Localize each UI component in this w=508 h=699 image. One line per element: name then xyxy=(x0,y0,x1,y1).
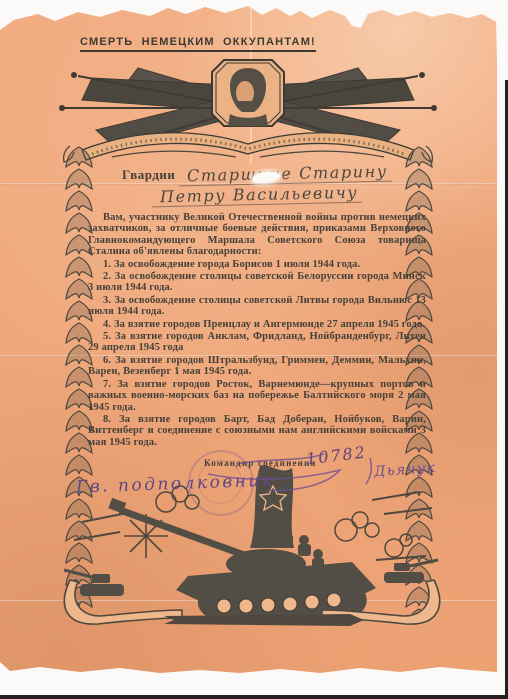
decree-item-3: 3. За освобождение столицы советской Лит… xyxy=(88,295,426,318)
salutation-line-2: Петру Васильевичу xyxy=(88,185,426,205)
decree-item-5: 5. За взятие городов Анклам, Фридланд, Н… xyxy=(88,331,426,354)
ribbon-scroll xyxy=(82,133,414,160)
scanned-certificate-page: { "page": { "slogan": "СМЕРТЬ НЕМЕЦКИМ О… xyxy=(0,0,508,699)
recipient-name-patronymic-handwritten: Петру Васильевичу xyxy=(152,183,363,208)
salutation-printed: Гвардии xyxy=(122,167,175,182)
scan-edge-shadow-bottom xyxy=(0,695,508,699)
decree-item-2: 2. За освобождение столицы советской Бел… xyxy=(88,271,426,294)
decree-item-4: 4. За взятие городов Пренцлау и Ангермюн… xyxy=(88,319,426,330)
stalin-portrait xyxy=(212,60,284,126)
slogan-banner: СМЕРТЬ НЕМЕЦКИМ ОККУПАНТАМ! xyxy=(80,36,316,52)
decree-item-6: 6. За взятие городов Штральзбунд, Гримме… xyxy=(88,355,426,378)
t34-tank xyxy=(108,498,376,620)
ribbon-bar xyxy=(164,614,364,626)
decree-item-8: 8. За взятие городов Барт, Бад Доберан, … xyxy=(88,414,426,448)
certificate-text-block: Гвардии Старшине Старину Петру Васильеви… xyxy=(88,164,426,514)
certificate-paper: СМЕРТЬ НЕМЕЦКИМ ОККУПАНТАМ! xyxy=(0,4,497,676)
decree-intro: Вам, участнику Великой Отечественной вой… xyxy=(88,212,426,258)
decree-item-1: 1. За освобождение города Борисов 1 июля… xyxy=(88,259,426,270)
banner-flags-illustration xyxy=(52,56,444,168)
commander-label: Командир соединения xyxy=(204,458,316,468)
small-tank-right xyxy=(384,560,438,583)
signature-block: Командир соединения 10782 Гв. подполковн… xyxy=(88,452,426,514)
decree-item-7: 7. За взятие городов Росток, Варнемюнде—… xyxy=(88,379,426,413)
